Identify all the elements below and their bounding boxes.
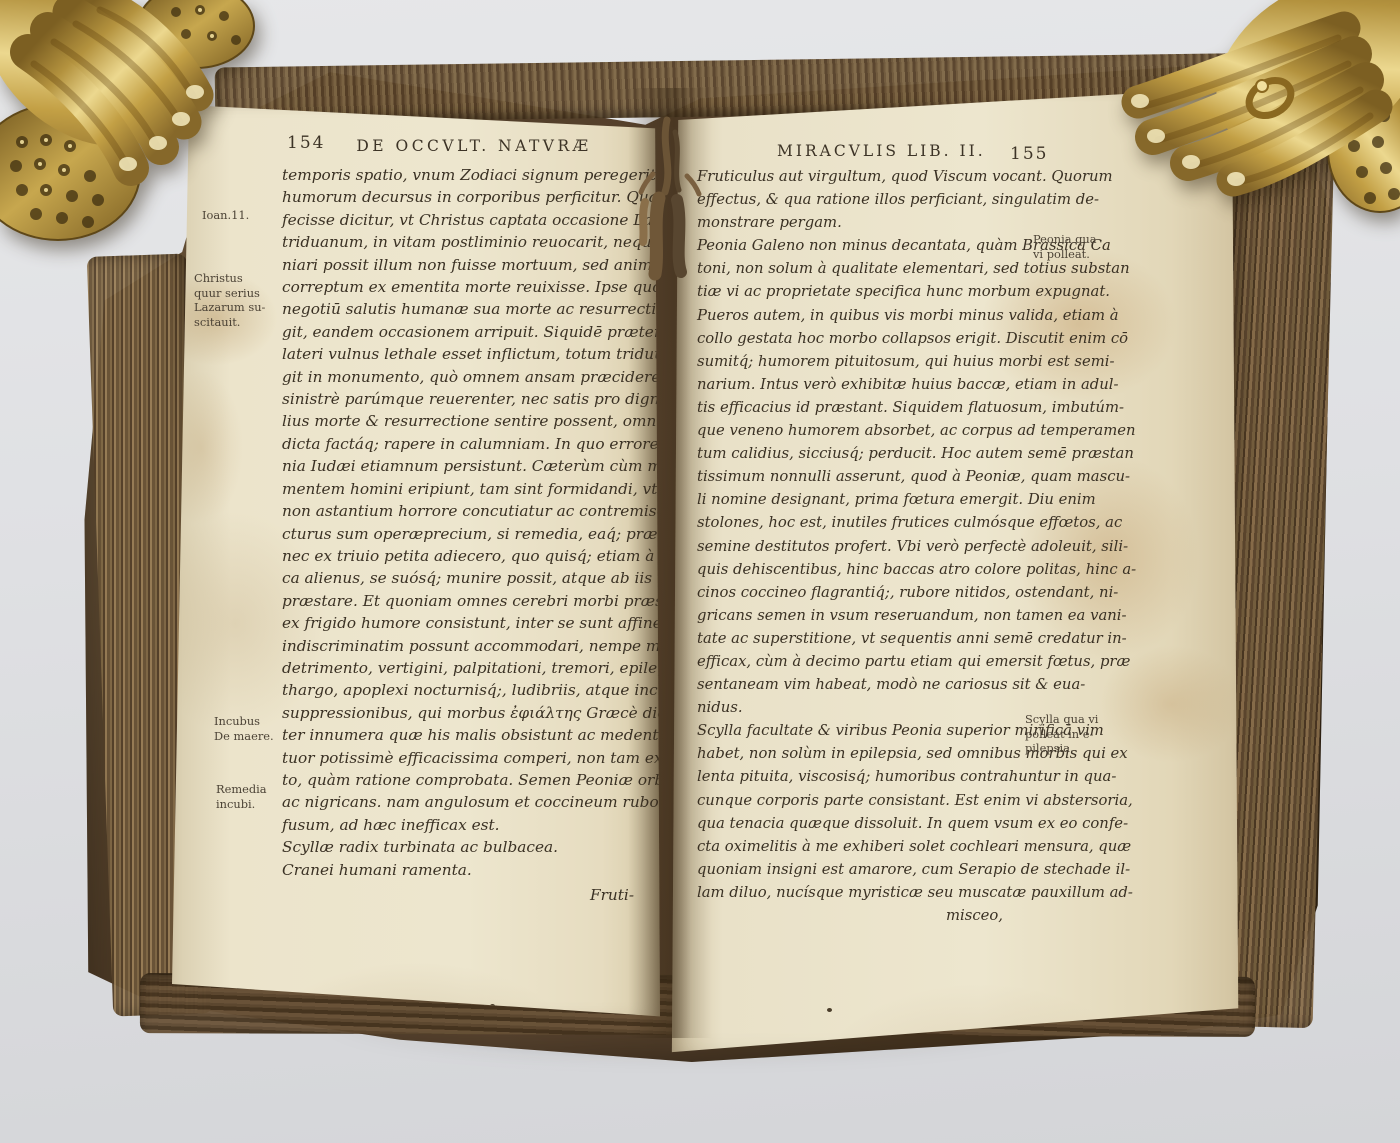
body-line: mentem homini eripiunt, tam sint formida…: [282, 478, 648, 500]
margin-note: Remedia incubi.: [216, 782, 296, 811]
body-line: dicta factáq; rapere in calumniam. In qu…: [282, 433, 648, 455]
body-line: detrimento, vertigini, palpitationi, tre…: [282, 657, 648, 679]
body-line: semine destitutos profert. Vbi verò perf…: [697, 535, 1041, 558]
body-line: tum calidius, sicciusq́; perducit. Hoc a…: [697, 442, 1041, 465]
margin-note: Peonia qua vi polleat.: [1033, 232, 1113, 261]
body-line: habet, non solùm in epilepsia, sed omnib…: [697, 742, 1041, 765]
tie-remnants: [615, 112, 725, 287]
body-line: que veneno humorem absorbet, ac corpus a…: [697, 419, 1041, 442]
body-line: monstrare pergam.: [697, 211, 1041, 234]
body-line: stolones, hoc est, inutiles frutices cul…: [697, 511, 1041, 534]
body-line: sumitq́; humorem pituitosum, qui huius m…: [697, 350, 1041, 373]
body-line: efficax, cùm à decimo partu etiam qui em…: [697, 650, 1041, 673]
body-line: niari possit illum non fuisse mortuum, s…: [282, 254, 648, 276]
body-line: qua tenacia quæque dissoluit. In quem vs…: [697, 812, 1041, 835]
body-line: quoniam insigni est amarore, cum Serapio…: [697, 858, 1041, 881]
margin-note: Scylla qua vi polleat in e- pilepsia.: [1025, 712, 1109, 756]
body-line: lenta pituita, viscosisq́; humoribus con…: [697, 765, 1041, 788]
body-line: nec ex triuio petita adiecero, quo quisq…: [282, 545, 648, 567]
body-line: suppressionibus, qui morbus ἐφιάλτης Græ…: [282, 702, 648, 724]
body-line: præstare. Et quoniam omnes cerebri morbi…: [282, 590, 648, 612]
body-line: Pueros autem, in quibus vis morbi minus …: [697, 304, 1041, 327]
right-page-lines: Fruticulus aut virgultum, quod Viscum vo…: [697, 165, 1041, 904]
body-line: cturus sum operæprecium, si remedia, eaq…: [282, 523, 648, 545]
body-line: tis efficacius id præstant. Siquidem fla…: [697, 396, 1041, 419]
body-line: sinistrè parúmque reuerenter, nec satis …: [282, 388, 648, 410]
body-line: indiscriminatim possunt accommodari, nem…: [282, 635, 648, 657]
body-line: tissimum nonnulli asserunt, quod à Peoni…: [697, 465, 1041, 488]
body-line: effectus, & qua ratione illos perficiant…: [697, 188, 1041, 211]
body-line: ex frigido humore consistunt, inter se s…: [282, 612, 648, 634]
body-line: non astantium horrore concutiatur ac con…: [282, 500, 648, 522]
body-line: toni, non solum à qualitate elementari, …: [697, 257, 1041, 280]
left-page-body: temporis spatio, vnum Zodiaci signum per…: [282, 164, 648, 906]
ink-speck: [827, 1008, 832, 1012]
page-number-left: 154: [287, 133, 325, 153]
running-title-left: DE OCCVLT. NATVRÆ: [354, 137, 594, 155]
body-line: narium. Intus verò exhibitæ huius baccæ,…: [697, 373, 1041, 396]
body-line: cunque corporis parte consistant. Est en…: [697, 789, 1041, 812]
body-line: li nomine designant, prima fœtura emergi…: [697, 488, 1041, 511]
body-line: Peonia Galeno non minus decantata, quàm …: [697, 234, 1041, 257]
body-line: nidus.: [697, 696, 1041, 719]
body-line: cta oximelitis à me exhiberi solet cochl…: [697, 835, 1041, 858]
body-line: Scylla facultate & viribus Peonia superi…: [697, 719, 1041, 742]
body-line: cinos coccineo flagrantiq́;, rubore niti…: [697, 581, 1041, 604]
body-line: thargo, apoplexi nocturnisq́;, ludibriis…: [282, 679, 648, 701]
page-number-right: 155: [1010, 144, 1048, 164]
body-line: triduanum, in vitam postliminio reuocari…: [282, 231, 648, 253]
body-line: git in monumento, quò omnem ansam præcid…: [282, 366, 648, 388]
body-line: negotiū salutis humanæ sua morte ac resu…: [282, 298, 648, 320]
body-line: tate ac superstitione, vt sequentis anni…: [697, 627, 1041, 650]
body-line: git, eandem occasionem arripuit. Siquidē…: [282, 321, 648, 343]
body-line: to, quàm ratione comprobata. Semen Peoni…: [282, 769, 648, 791]
body-line: Scyllæ radix turbinata ac bulbacea.: [282, 836, 648, 858]
body-line: ca alienus, se suósq́; munire possit, at…: [282, 567, 648, 589]
left-page-lines: temporis spatio, vnum Zodiaci signum per…: [282, 164, 648, 881]
body-line: sentaneam vim habeat, modò ne cariosus s…: [697, 673, 1041, 696]
body-line: ter innumera quæ his malis obsistunt ac …: [282, 724, 648, 746]
body-line: fusum, ad hæc inefficax est.: [282, 814, 648, 836]
catchword: Fruti-: [282, 884, 648, 906]
body-line: temporis spatio, vnum Zodiaci signum per…: [282, 164, 648, 186]
body-line: lateri vulnus lethale esset inflictum, t…: [282, 343, 648, 365]
body-line: fecisse dicitur, vt Christus captata occ…: [282, 209, 648, 231]
gilt-hand-right: [1112, 0, 1400, 262]
body-line: quis dehiscentibus, hinc baccas atro col…: [697, 558, 1041, 581]
gilt-hand-left: [0, 0, 265, 252]
right-page-body: Fruticulus aut virgultum, quod Viscum vo…: [697, 165, 1041, 927]
body-line: Cranei humani ramenta.: [282, 859, 648, 881]
body-line: tuor potissimè efficacissima comperi, no…: [282, 747, 648, 769]
body-line: humorum decursus in corporibus perficitu…: [282, 186, 648, 208]
body-line: nia Iudæi etiamnum persistunt. Cæterùm c…: [282, 455, 648, 477]
margin-note: Christus quur serius Lazarum su- scitaui…: [194, 271, 280, 329]
body-line: correptum ex ementita morte reuixisse. I…: [282, 276, 648, 298]
background: 154 DE OCCVLT. NATVRÆ temporis spatio, v…: [0, 0, 1400, 1143]
body-line: Fruticulus aut virgultum, quod Viscum vo…: [697, 165, 1041, 188]
body-line: collo gestata hoc morbo collapsos erigit…: [697, 327, 1041, 350]
body-line: lam diluo, nucísque myristicæ seu muscat…: [697, 881, 1041, 904]
paragraph-end-line: misceo,: [697, 904, 1041, 927]
body-line: gricans semen in vsum reseruandum, non t…: [697, 604, 1041, 627]
body-line: ac nigricans. nam angulosum et coccineum…: [282, 791, 648, 813]
body-line: tiæ vi ac proprietate specifica hunc mor…: [697, 280, 1041, 303]
margin-note: Incubus De maere.: [214, 714, 294, 743]
running-title-right: MIRACVLIS LIB. II.: [777, 142, 977, 160]
body-line: lius morte & resurrectione sentire posse…: [282, 410, 648, 432]
